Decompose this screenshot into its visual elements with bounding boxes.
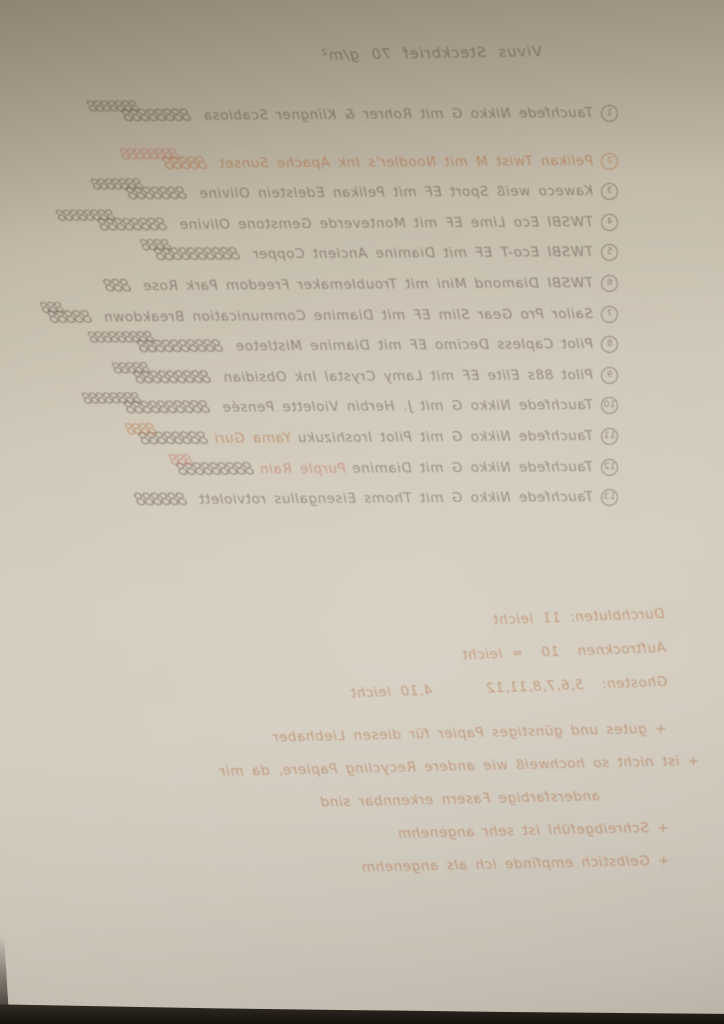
circled-number: 4 [601, 213, 618, 230]
pen-ink-text: Tauchfede Nikko G mit Rohrer & Klingner … [203, 105, 593, 124]
ink-scribble: 88888888 [83, 391, 143, 406]
pen-list-row: 4 TWSBI Eco Lime EF mit Monteverde Gemst… [10, 207, 618, 242]
circled-number: 7 [601, 305, 618, 322]
ink-scribble: 888 [41, 300, 66, 315]
ink-scribble: 88888 [113, 361, 152, 376]
circled-number: 6 [601, 275, 618, 292]
pen-list-row: 8 Pilot Capless Decimo EF mit Diamine Mi… [10, 329, 618, 364]
document-title: Vivus Steckbrief 70 g/m² [321, 44, 542, 64]
pen-ink-text: Tauchfede Nikko G mit Pilot Iroshizuku [297, 428, 593, 446]
circled-number: 12 [601, 458, 618, 475]
ink-scribble: 88888888 [56, 208, 116, 223]
circled-number: 5 [601, 244, 618, 261]
circled-number: 10 [601, 397, 618, 414]
circled-number: 9 [601, 366, 618, 383]
ink-name-highlight: Purple Rain [259, 461, 345, 478]
ink-name-highlight: Yama Guri [214, 430, 291, 447]
pen-ink-text: Pelikan Twist M mit Noodler's Ink Apache… [219, 153, 593, 172]
pen-ink-text: Pilot Capless Decimo EF mit Diamine Mist… [235, 337, 593, 355]
review-notes: + gutes und günstiges Papier für diesen … [218, 712, 701, 888]
pen-ink-text: Kaweco weiß Sport EF mit Pelikan Edelste… [199, 184, 593, 203]
circled-number: 3 [601, 183, 618, 200]
mirrored-handwriting-layer: Vivus Steckbrief 70 g/m² 1 Tauchfede Nik… [0, 0, 724, 1024]
pen-list-row: 1 Tauchfede Nikko G mit Rohrer & Klingne… [10, 98, 618, 133]
ink-scribble: 88888888 [121, 146, 181, 161]
pen-ink-text: TWSBI Diamond Mini mit Troublemaker Free… [143, 275, 594, 294]
pen-list-row: 11 Tauchfede Nikko G mit Pilot Iroshizuk… [10, 421, 618, 456]
pen-list-row: 13 Tauchfede Nikko G mit Thoms Eisengall… [10, 482, 618, 517]
pen-ink-list: 1 Tauchfede Nikko G mit Rohrer & Klingne… [10, 100, 618, 515]
ink-scribble: 8888888 [92, 177, 145, 192]
pen-list-row: 6 TWSBI Diamond Mini mit Troublemaker Fr… [10, 268, 618, 303]
ink-scribble: 8888888 [88, 99, 141, 114]
ink-scribble: 888888 [135, 492, 189, 509]
pen-list-row: 12 Tauchfede Nikko G mit Diamine Purple … [10, 451, 618, 486]
pen-ink-text: Tauchfede Nikko G mit Diamine [352, 459, 593, 477]
circled-number: 2 [601, 152, 618, 169]
ink-scribble: 888 [170, 452, 195, 467]
pen-list-row: 10 Tauchfede Nikko G mit J. Herbin Viole… [10, 390, 618, 425]
circled-number: 8 [601, 336, 618, 353]
pen-ink-text: Sailor Pro Gear Slim EF mit Diamine Comm… [104, 306, 594, 325]
ink-scribble: 888 [103, 278, 132, 295]
circled-number: 13 [601, 489, 618, 506]
pen-ink-text: TWSBI Eco Lime EF mit Monteverde Gemston… [179, 214, 593, 233]
pen-list-row: 5 TWSBI Eco-T EF mit Diamine Ancient Cop… [10, 237, 618, 272]
pen-ink-text: Tauchfede Nikko G mit Thoms Eisengallus … [199, 489, 593, 508]
pen-ink-text: Pilot 88s Elite EF mit Lamy Crystal Ink … [223, 367, 593, 386]
paper-test-summary: Durchbluten: 11 leicht Auftrocknen 10 = … [347, 597, 667, 711]
circled-number: 11 [601, 428, 618, 445]
ink-scribble: 8888 [141, 238, 173, 253]
pen-ink-text: TWSBI Eco-T EF mit Diamine Ancient Coppe… [252, 245, 593, 263]
circled-number: 1 [601, 105, 618, 122]
ink-scribble: 888888888 [89, 330, 156, 345]
ink-scribble: 8888 [125, 422, 157, 437]
pen-ink-text: Tauchfede Nikko G mit J. Herbin Violette… [222, 398, 593, 417]
